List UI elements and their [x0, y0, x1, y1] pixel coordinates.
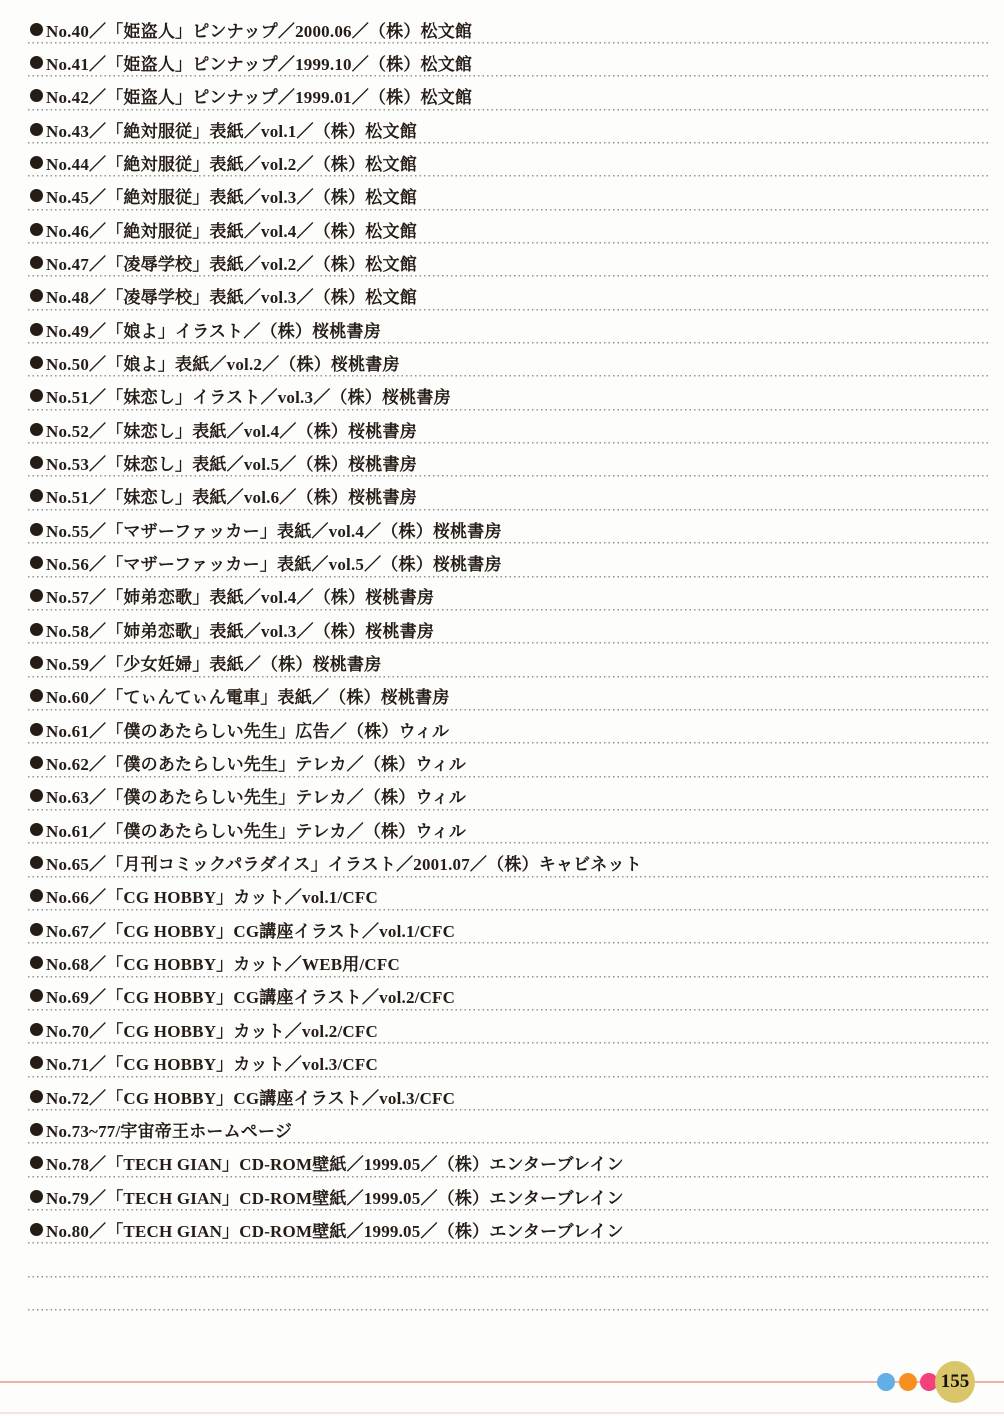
- dotted-divider: [28, 1142, 988, 1144]
- list-item: No.59／「少女妊婦」表紙／（株）桜桃書房: [28, 650, 988, 683]
- list-item: No.53／「妹恋し」表紙／vol.5／（株）桜桃書房: [28, 449, 988, 482]
- list-item: No.78／「TECH GIAN」CD-ROM壁紙／1999.05／（株）エンタ…: [28, 1150, 988, 1183]
- credits-list: No.40／「姫盗人」ピンナップ／2000.06／（株）松文館No.41／「姫盗…: [28, 16, 988, 1316]
- bullet-icon: [30, 256, 43, 269]
- dotted-divider: [28, 409, 988, 411]
- bullet-icon: [30, 656, 43, 669]
- dotted-divider: [28, 475, 988, 477]
- list-item: No.50／「娘よ」表紙／vol.2／（株）桜桃書房: [28, 349, 988, 382]
- bullet-icon: [30, 956, 43, 969]
- list-item: No.52／「妹恋し」表紙／vol.4／（株）桜桃書房: [28, 416, 988, 449]
- dotted-divider: [28, 1176, 988, 1178]
- bullet-icon: [30, 323, 43, 336]
- bullet-icon: [30, 423, 43, 436]
- list-item-text: No.47／「凌辱学校」表紙／vol.2／（株）松文館: [46, 250, 417, 275]
- list-item-text: No.60／「てぃんてぃん電車」表紙／（株）桜桃書房: [46, 683, 450, 708]
- dotted-divider: [28, 342, 988, 344]
- dotted-divider: [28, 542, 988, 544]
- list-item: No.56／「マザーファッカー」表紙／vol.5／（株）桜桃書房: [28, 550, 988, 583]
- list-item: No.60／「てぃんてぃん電車」表紙／（株）桜桃書房: [28, 683, 988, 716]
- orange-dot: [899, 1373, 917, 1391]
- list-item-text: No.43／「絶対服従」表紙／vol.1／（株）松文館: [46, 117, 417, 142]
- list-item: No.71／「CG HOBBY」カット／vol.3/CFC: [28, 1050, 988, 1083]
- list-item-text: No.51／「妹恋し」イラスト／vol.3／（株）桜桃書房: [46, 383, 451, 408]
- list-item: No.49／「娘よ」イラスト／（株）桜桃書房: [28, 316, 988, 349]
- list-item-text: No.70／「CG HOBBY」カット／vol.2/CFC: [46, 1017, 378, 1042]
- dotted-divider: [28, 909, 988, 911]
- list-item-text: No.57／「姉弟恋歌」表紙／vol.4／（株）桜桃書房: [46, 583, 434, 608]
- bullet-icon: [30, 223, 43, 236]
- dotted-divider: [28, 809, 988, 811]
- dotted-divider: [28, 375, 988, 377]
- list-item-text: No.51／「妹恋し」表紙／vol.6／（株）桜桃書房: [46, 483, 417, 508]
- list-item-text: No.49／「娘よ」イラスト／（株）桜桃書房: [46, 317, 381, 342]
- list-item: No.73~77/宇宙帝王ホームページ: [28, 1116, 988, 1149]
- dotted-divider: [28, 1076, 988, 1078]
- list-item-text: No.61／「僕のあたらしい先生」広告／（株）ウィル: [46, 717, 449, 742]
- list-item: No.65／「月刊コミックパラダイス」イラスト／2001.07／（株）キャビネッ…: [28, 850, 988, 883]
- scanned-credits-page: No.40／「姫盗人」ピンナップ／2000.06／（株）松文館No.41／「姫盗…: [0, 0, 1004, 1416]
- bullet-icon: [30, 289, 43, 302]
- dotted-divider: [28, 1242, 988, 1244]
- list-item-text: No.52／「妹恋し」表紙／vol.4／（株）桜桃書房: [46, 417, 417, 442]
- bullet-icon: [30, 1223, 43, 1236]
- list-item: No.80／「TECH GIAN」CD-ROM壁紙／1999.05／（株）エンタ…: [28, 1216, 988, 1249]
- bullet-icon: [30, 156, 43, 169]
- list-item-text: No.73~77/宇宙帝王ホームページ: [46, 1117, 292, 1142]
- dotted-divider: [28, 776, 988, 778]
- dotted-divider: [28, 1009, 988, 1011]
- list-item-text: No.53／「妹恋し」表紙／vol.5／（株）桜桃書房: [46, 450, 417, 475]
- list-item-text: No.65／「月刊コミックパラダイス」イラスト／2001.07／（株）キャビネッ…: [46, 850, 642, 875]
- bullet-icon: [30, 823, 43, 836]
- bullet-icon: [30, 23, 43, 36]
- dotted-divider: [28, 309, 988, 311]
- list-item: No.41／「姫盗人」ピンナップ／1999.10／（株）松文館: [28, 49, 988, 82]
- bullet-icon: [30, 923, 43, 936]
- page-number: 155: [941, 1371, 970, 1393]
- dotted-divider: [28, 242, 988, 244]
- list-item-text: No.61／「僕のあたらしい先生」テレカ／（株）ウィル: [46, 817, 466, 842]
- bullet-icon: [30, 789, 43, 802]
- list-item-text: No.42／「姫盗人」ピンナップ／1999.01／（株）松文館: [46, 83, 472, 108]
- bullet-icon: [30, 1190, 43, 1203]
- bullet-icon: [30, 356, 43, 369]
- dotted-divider: [28, 742, 988, 744]
- bullet-icon: [30, 1156, 43, 1169]
- list-item-text: No.48／「凌辱学校」表紙／vol.3／（株）松文館: [46, 283, 417, 308]
- list-item-text: No.45／「絶対服従」表紙／vol.3／（株）松文館: [46, 183, 417, 208]
- list-item: No.72／「CG HOBBY」CG講座イラスト／vol.3/CFC: [28, 1083, 988, 1116]
- list-item-text: No.50／「娘よ」表紙／vol.2／（株）桜桃書房: [46, 350, 400, 375]
- dotted-divider: [28, 442, 988, 444]
- list-item-text: No.78／「TECH GIAN」CD-ROM壁紙／1999.05／（株）エンタ…: [46, 1150, 624, 1175]
- list-item-text: No.46／「絶対服従」表紙／vol.4／（株）松文館: [46, 217, 417, 242]
- list-item-text: No.72／「CG HOBBY」CG講座イラスト／vol.3/CFC: [46, 1084, 455, 1109]
- dotted-divider: [28, 75, 988, 77]
- list-item: No.57／「姉弟恋歌」表紙／vol.4／（株）桜桃書房: [28, 583, 988, 616]
- dotted-divider: [28, 509, 988, 511]
- list-item: No.58／「姉弟恋歌」表紙／vol.3／（株）桜桃書房: [28, 616, 988, 649]
- list-item-text: No.59／「少女妊婦」表紙／（株）桜桃書房: [46, 650, 381, 675]
- list-item: No.63／「僕のあたらしい先生」テレカ／（株）ウィル: [28, 783, 988, 816]
- bullet-icon: [30, 589, 43, 602]
- list-item: No.68／「CG HOBBY」カット／WEB用/CFC: [28, 950, 988, 983]
- dotted-divider: [28, 109, 988, 111]
- list-item: No.51／「妹恋し」イラスト／vol.3／（株）桜桃書房: [28, 383, 988, 416]
- list-item: No.61／「僕のあたらしい先生」テレカ／（株）ウィル: [28, 816, 988, 849]
- list-item-empty: [28, 1250, 988, 1283]
- dotted-divider: [28, 175, 988, 177]
- list-item-text: No.63／「僕のあたらしい先生」テレカ／（株）ウィル: [46, 783, 466, 808]
- list-item-text: No.41／「姫盗人」ピンナップ／1999.10／（株）松文館: [46, 50, 472, 75]
- list-item: No.55／「マザーファッカー」表紙／vol.4／（株）桜桃書房: [28, 516, 988, 549]
- dotted-divider: [28, 42, 988, 44]
- dotted-divider: [28, 1276, 988, 1278]
- list-item-text: No.68／「CG HOBBY」カット／WEB用/CFC: [46, 950, 400, 975]
- bullet-icon: [30, 1123, 43, 1136]
- list-item: No.42／「姫盗人」ピンナップ／1999.01／（株）松文館: [28, 83, 988, 116]
- list-item-text: No.80／「TECH GIAN」CD-ROM壁紙／1999.05／（株）エンタ…: [46, 1217, 624, 1242]
- bullet-icon: [30, 123, 43, 136]
- bullet-icon: [30, 1090, 43, 1103]
- dotted-divider: [28, 676, 988, 678]
- list-item: No.40／「姫盗人」ピンナップ／2000.06／（株）松文館: [28, 16, 988, 49]
- dotted-divider: [28, 1309, 988, 1311]
- list-item-text: No.69／「CG HOBBY」CG講座イラスト／vol.2/CFC: [46, 983, 455, 1008]
- dotted-divider: [28, 976, 988, 978]
- bullet-icon: [30, 389, 43, 402]
- dotted-divider: [28, 209, 988, 211]
- bullet-icon: [30, 623, 43, 636]
- list-item-text: No.40／「姫盗人」ピンナップ／2000.06／（株）松文館: [46, 17, 472, 42]
- dotted-divider: [28, 842, 988, 844]
- list-item: No.67／「CG HOBBY」CG講座イラスト／vol.1/CFC: [28, 916, 988, 949]
- dotted-divider: [28, 1209, 988, 1211]
- bullet-icon: [30, 556, 43, 569]
- dotted-divider: [28, 1042, 988, 1044]
- dotted-divider: [28, 609, 988, 611]
- bullet-icon: [30, 856, 43, 869]
- bullet-icon: [30, 756, 43, 769]
- scan-edge-artifact: [0, 1412, 1004, 1414]
- blue-dot: [877, 1373, 895, 1391]
- dotted-divider: [28, 709, 988, 711]
- bullet-icon: [30, 523, 43, 536]
- bullet-icon: [30, 56, 43, 69]
- bullet-icon: [30, 189, 43, 202]
- list-item: No.61／「僕のあたらしい先生」広告／（株）ウィル: [28, 716, 988, 749]
- dotted-divider: [28, 576, 988, 578]
- list-item-text: No.44／「絶対服従」表紙／vol.2／（株）松文館: [46, 150, 417, 175]
- bullet-icon: [30, 456, 43, 469]
- list-item: No.62／「僕のあたらしい先生」テレカ／（株）ウィル: [28, 750, 988, 783]
- list-item-text: No.56／「マザーファッカー」表紙／vol.5／（株）桜桃書房: [46, 550, 502, 575]
- list-item-text: No.71／「CG HOBBY」カット／vol.3/CFC: [46, 1050, 378, 1075]
- footer-rule: [0, 1381, 1004, 1383]
- list-item: No.69／「CG HOBBY」CG講座イラスト／vol.2/CFC: [28, 983, 988, 1016]
- list-item-text: No.55／「マザーファッカー」表紙／vol.4／（株）桜桃書房: [46, 517, 502, 542]
- list-item: No.79／「TECH GIAN」CD-ROM壁紙／1999.05／（株）エンタ…: [28, 1183, 988, 1216]
- dotted-divider: [28, 642, 988, 644]
- list-item: No.70／「CG HOBBY」カット／vol.2/CFC: [28, 1016, 988, 1049]
- dotted-divider: [28, 1109, 988, 1111]
- list-item: No.45／「絶対服従」表紙／vol.3／（株）松文館: [28, 183, 988, 216]
- bullet-icon: [30, 89, 43, 102]
- bullet-icon: [30, 489, 43, 502]
- dotted-divider: [28, 142, 988, 144]
- bullet-icon: [30, 1056, 43, 1069]
- list-item-empty: [28, 1283, 988, 1316]
- list-item: No.43／「絶対服従」表紙／vol.1／（株）松文館: [28, 116, 988, 149]
- list-item: No.51／「妹恋し」表紙／vol.6／（株）桜桃書房: [28, 483, 988, 516]
- bullet-icon: [30, 723, 43, 736]
- list-item-text: No.58／「姉弟恋歌」表紙／vol.3／（株）桜桃書房: [46, 617, 434, 642]
- dotted-divider: [28, 876, 988, 878]
- dotted-divider: [28, 275, 988, 277]
- list-item: No.44／「絶対服従」表紙／vol.2／（株）松文館: [28, 149, 988, 182]
- list-item-text: No.67／「CG HOBBY」CG講座イラスト／vol.1/CFC: [46, 917, 455, 942]
- list-item: No.47／「凌辱学校」表紙／vol.2／（株）松文館: [28, 249, 988, 282]
- dotted-divider: [28, 942, 988, 944]
- list-item-text: No.62／「僕のあたらしい先生」テレカ／（株）ウィル: [46, 750, 466, 775]
- page-number-badge: 155: [935, 1361, 975, 1403]
- bullet-icon: [30, 889, 43, 902]
- list-item-text: No.79／「TECH GIAN」CD-ROM壁紙／1999.05／（株）エンタ…: [46, 1184, 624, 1209]
- bullet-icon: [30, 689, 43, 702]
- list-item: No.66／「CG HOBBY」カット／vol.1/CFC: [28, 883, 988, 916]
- list-item: No.48／「凌辱学校」表紙／vol.3／（株）松文館: [28, 283, 988, 316]
- list-item: No.46／「絶対服従」表紙／vol.4／（株）松文館: [28, 216, 988, 249]
- list-item-text: No.66／「CG HOBBY」カット／vol.1/CFC: [46, 883, 378, 908]
- bullet-icon: [30, 989, 43, 1002]
- bullet-icon: [30, 1023, 43, 1036]
